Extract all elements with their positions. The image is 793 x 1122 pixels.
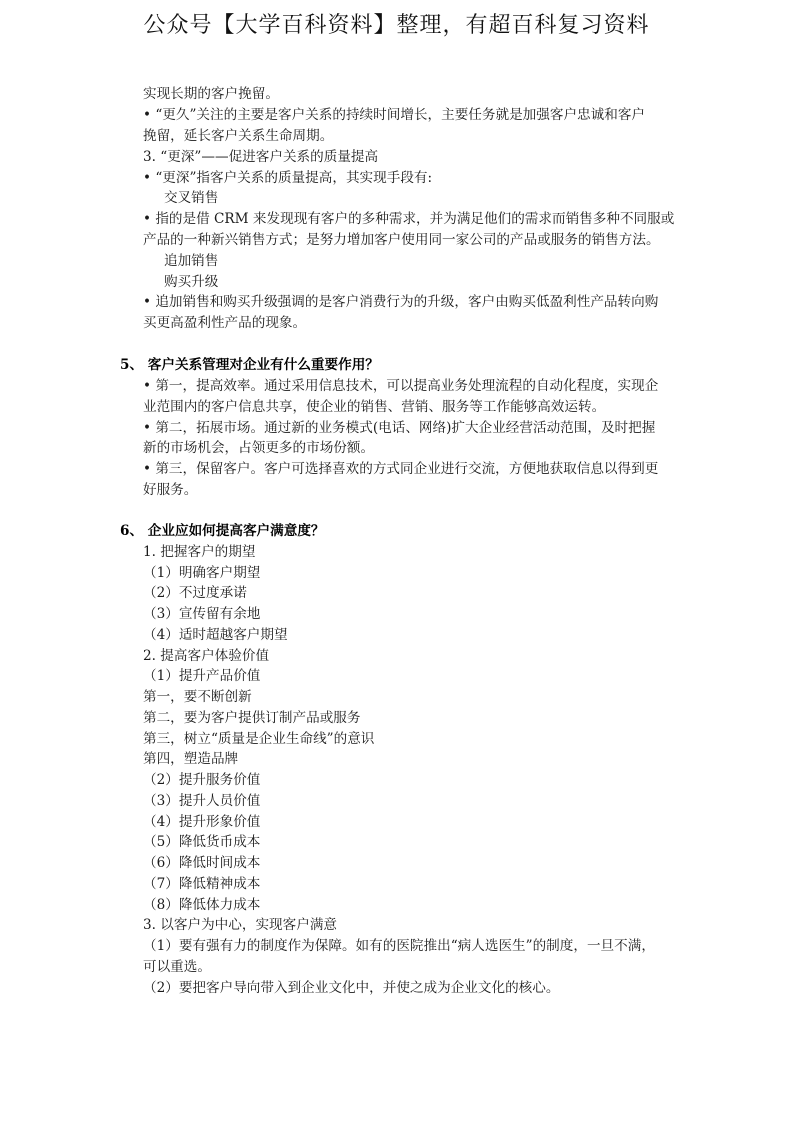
term-line: 购买升级 [164, 272, 218, 292]
list-item: （1）明确客户期望 [143, 563, 260, 583]
list-item: （8）降低体力成本 [143, 895, 260, 915]
list-item: （1）要有强有力的制度作为保障。如有的医院推出“病人选医生”的制度，一旦不满， [143, 936, 655, 956]
paragraph-line: 买更高盈利性产品的现象。 [143, 313, 306, 333]
list-item: （6）降低时间成本 [143, 853, 260, 873]
subheading-line: 3. “更深”——促进客户关系的质量提高 [143, 147, 378, 167]
page-header: 公众号【大学百科资料】整理，有超百科复习资料 [0, 8, 793, 39]
term-line: 追加销售 [164, 251, 218, 271]
list-item: （4）适时超越客户期望 [143, 625, 288, 645]
list-item: （5）降低货币成本 [143, 832, 260, 852]
bullet-line: • 指的是借 CRM 来发现现有客户的多种需求，并为满足他们的需求而销售多种不同… [143, 209, 674, 229]
list-item: 2. 提高客户体验价值 [143, 646, 269, 666]
list-item: （3）提升人员价值 [143, 791, 260, 811]
list-item: （2）提升服务价值 [143, 770, 260, 790]
paragraph-line: 产品的一种新兴销售方式；是努力增加客户使用同一家公司的产品或服务的销售方法。 [143, 230, 660, 250]
list-item: （2）要把客户导向带入到企业文化中，并使之成为企业文化的核心。 [143, 978, 559, 998]
list-item: 3. 以客户为中心，实现客户满意 [143, 915, 337, 935]
paragraph-line: 实现长期的客户挽留。 [143, 84, 279, 104]
question-6-heading: 6、 企业应如何提高客户满意度？ [120, 521, 325, 541]
question-5-heading: 5、 客户关系管理对企业有什么重要作用？ [120, 355, 379, 375]
list-item: （7）降低精神成本 [143, 874, 260, 894]
bullet-line: • “更久”关注的主要是客户关系的持续时间增长，主要任务就是加强客户忠诚和客户 [143, 105, 645, 125]
bullet-line: • 第二，拓展市场。通过新的业务模式(电话、网络)扩大企业经营活动范围，及时把握 [143, 418, 655, 438]
list-item: 第一，要不断创新 [143, 687, 252, 707]
term-line: 交叉销售 [164, 188, 218, 208]
list-item: （3）宣传留有余地 [143, 604, 260, 624]
list-item: （2）不过度承诺 [143, 583, 247, 603]
list-item: （1）提升产品价值 [143, 666, 260, 686]
paragraph-line: 好服务。 [143, 480, 197, 500]
list-item: 第三，树立“质量是企业生命线”的意识 [143, 729, 374, 749]
bullet-line: • 第一，提高效率。通过采用信息技术，可以提高业务处理流程的自动化程度，实现企 [143, 376, 658, 396]
paragraph-line: 挽留，延长客户关系生命周期。 [143, 126, 333, 146]
paragraph-line: 新的市场机会，占领更多的市场份额。 [143, 438, 374, 458]
paragraph-line: 业范围内的客户信息共享，使企业的销售、营销、服务等工作能够高效运转。 [143, 397, 605, 417]
list-item: 1. 把握客户的期望 [143, 542, 255, 562]
list-item: 第四，塑造品牌 [143, 749, 238, 769]
paragraph-line: 可以重选。 [143, 957, 211, 977]
bullet-line: • “更深”指客户关系的质量提高，其实现手段有: [143, 168, 432, 188]
list-item: （4）提升形象价值 [143, 812, 260, 832]
list-item: 第二，要为客户提供订制产品或服务 [143, 708, 361, 728]
bullet-line: • 追加销售和购买升级强调的是客户消费行为的升级，客户由购买低盈利性产品转向购 [143, 292, 658, 312]
bullet-line: • 第三，保留客户。客户可选择喜欢的方式同企业进行交流，方便地获取信息以得到更 [143, 459, 658, 479]
